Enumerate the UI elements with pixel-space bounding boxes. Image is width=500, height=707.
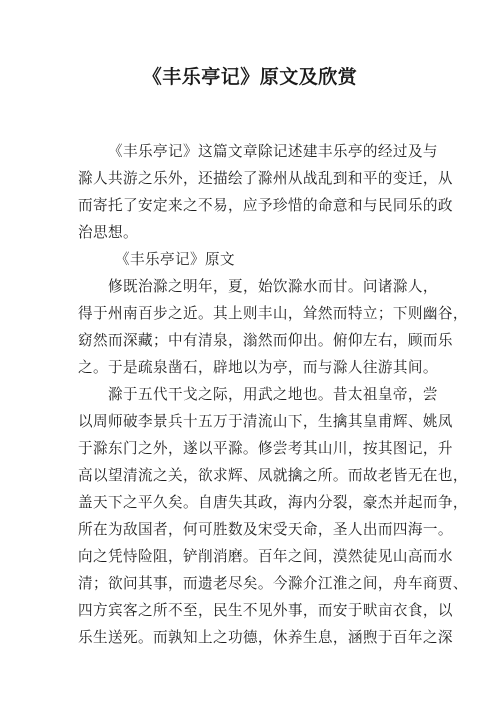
intro-line-1: 《丰乐亭记》这篇文章除记述建丰乐亭的经过及与: [78, 138, 414, 165]
document-body: 《丰乐亭记》这篇文章除记述建丰乐亭的经过及与 滁人共游之乐外，还描绘了滁州从战乱…: [78, 138, 414, 651]
intro-line-4: 治思想。: [78, 219, 414, 246]
paragraph-2-line-6: 所在为敌国者，何可胜数及宋受天命，圣人出而四海一。: [78, 516, 414, 543]
paragraph-1-line-2: 得于州南百步之近。其上则丰山，耸然而特立；下则幽谷，: [78, 300, 414, 327]
paragraph-2-line-4: 高以望清流之关，欲求辉、凤就擒之所。而故老皆无在也，: [78, 462, 414, 489]
intro-line-2: 滁人共游之乐外，还描绘了滁州从战乱到和平的变迁，从: [78, 165, 414, 192]
paragraph-2-line-9: 四方宾客之所不至，民生不见外事，而安于畎亩衣食，以: [78, 597, 414, 624]
section-heading-original-text: 《丰乐亭记》原文: [78, 246, 414, 273]
paragraph-1-line-1: 修既治滁之明年，夏，始饮滁水而甘。问诸滁人，: [78, 273, 414, 300]
document-page: 《丰乐亭记》原文及欣赏 《丰乐亭记》这篇文章除记述建丰乐亭的经过及与 滁人共游之…: [0, 0, 500, 707]
paragraph-2-line-7: 向之凭恃险阻，铲削消磨。百年之间，漠然徒见山高而水: [78, 543, 414, 570]
paragraph-2-line-8: 清；欲问其事，而遗老尽矣。今滁介江淮之间，舟车商贾、: [78, 570, 414, 597]
paragraph-2-line-2: 以周师破李景兵十五万于清流山下，生擒其皇甫辉、姚凤: [78, 408, 414, 435]
paragraph-2-line-5: 盖天下之平久矣。自唐失其政，海内分裂，豪杰并起而争，: [78, 489, 414, 516]
paragraph-1-line-3: 窈然而深藏；中有清泉，滃然而仰出。俯仰左右，顾而乐: [78, 327, 414, 354]
paragraph-1-line-4: 之。于是疏泉凿石，辟地以为亭，而与滁人往游其间。: [78, 354, 414, 381]
paragraph-2-line-3: 于滁东门之外，遂以平滁。修尝考其山川，按其图记，升: [78, 435, 414, 462]
paragraph-2-line-1: 滁于五代干戈之际，用武之地也。昔太祖皇帝，尝: [78, 381, 414, 408]
paragraph-2-line-10: 乐生送死。而孰知上之功德，休养生息，涵煦于百年之深: [78, 624, 414, 651]
intro-line-3: 而寄托了安定来之不易，应予珍惜的命意和与民同乐的政: [78, 192, 414, 219]
document-title: 《丰乐亭记》原文及欣赏: [0, 62, 500, 89]
